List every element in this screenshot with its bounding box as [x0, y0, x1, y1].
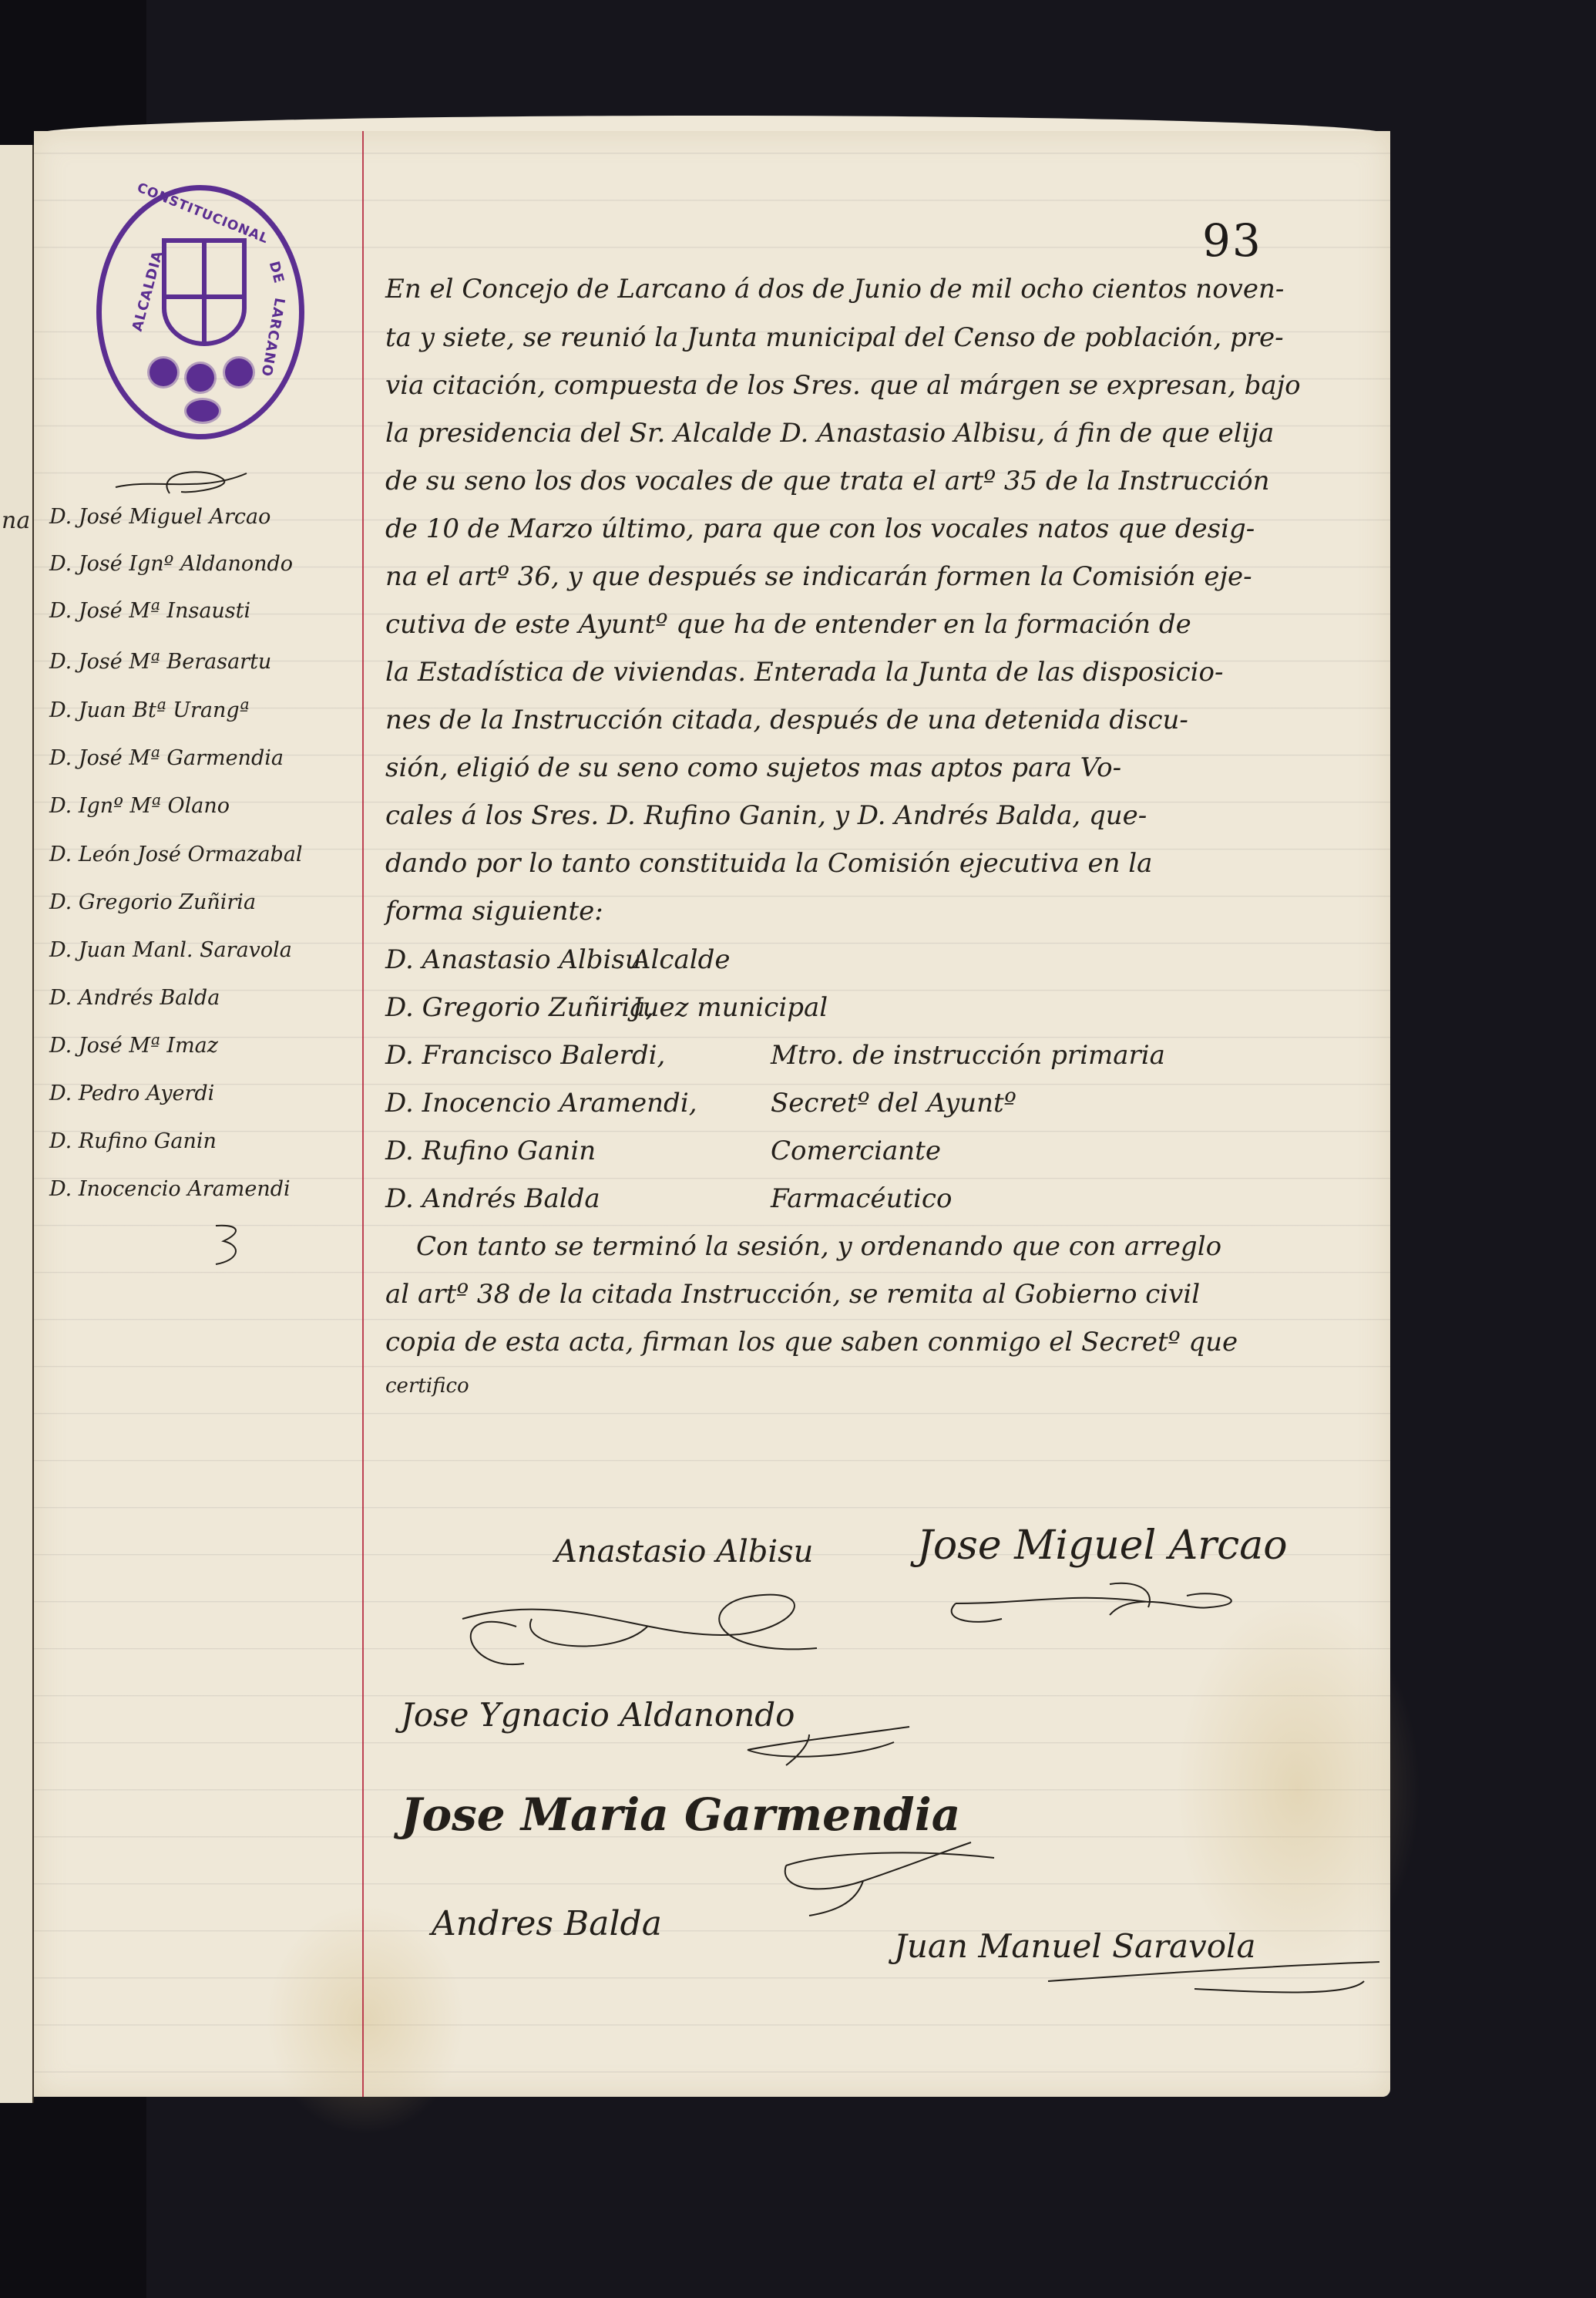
signature: Andres Balda: [432, 1904, 662, 1943]
prev-page-fragment: na: [2, 507, 30, 534]
margin-name: D. Ignº Mª Olano: [49, 794, 230, 818]
star-icon: [186, 364, 214, 392]
body-line: via citación, compuesta de los Sres. que…: [385, 370, 1301, 401]
stamp-text-right: DE: [266, 260, 287, 286]
signature-flourish-icon: [1040, 1958, 1410, 2020]
margin-flourish-icon: [108, 463, 293, 501]
commission-member-role: Juez municipal: [632, 992, 828, 1023]
margin-end-flourish-icon: [208, 1218, 254, 1272]
commission-member-role: Comerciante: [771, 1136, 941, 1166]
signature-flourish-icon: [740, 1719, 925, 1773]
previous-page-edge: na: [0, 145, 34, 2103]
body-line: dando por lo tanto constituida la Comisi…: [385, 848, 1152, 879]
margin-name: D. Pedro Ayerdi: [49, 1082, 214, 1105]
coat-of-arms-icon: [162, 238, 247, 346]
signature: Jose Miguel Arcao: [917, 1522, 1288, 1569]
margin-name: D. Juan Btª Urangª: [49, 698, 250, 722]
commission-member-name: D. Andrés Balda: [385, 1183, 600, 1214]
body-line: cutiva de este Ayuntº que ha de entender…: [385, 609, 1191, 640]
body-line: la Estadística de viviendas. Enterada la…: [385, 657, 1223, 688]
star-icon: [186, 400, 219, 422]
commission-member-role: Mtro. de instrucción primaria: [771, 1040, 1165, 1071]
municipal-stamp: ALCALDIA CONSTITUCIONAL DE LARCANO: [96, 185, 304, 439]
commission-member-name: D. Gregorio Zuñiria,: [385, 992, 654, 1023]
body-line: sión, eligió de su seno como sujetos mas…: [385, 752, 1121, 783]
margin-name: D. León José Ormazabal: [49, 843, 303, 866]
commission-member-role: Secretº del Ayuntº: [771, 1088, 1016, 1119]
commission-member-role: Alcalde: [632, 944, 731, 975]
signature-flourish-icon: [771, 1835, 1017, 1919]
commission-member-name: D. Inocencio Aramendi,: [385, 1088, 697, 1119]
commission-member-name: D. Anastasio Albisu: [385, 944, 642, 975]
margin-name: D. Gregorio Zuñiria: [49, 890, 256, 914]
signature: Jose Maria Garmendia: [401, 1788, 960, 1841]
red-margin-rule: [362, 131, 364, 2097]
body-line: cales á los Sres. D. Rufino Ganin, y D. …: [385, 800, 1147, 831]
stamp-text-bottom-right: LARCANO: [258, 297, 288, 379]
body-line: de 10 de Marzo último, para que con los …: [385, 513, 1255, 544]
commission-member-role: Farmacéutico: [771, 1183, 952, 1214]
margin-name: D. Inocencio Aramendi: [49, 1177, 291, 1201]
margin-name: D. José Mª Berasartu: [49, 650, 271, 674]
signature: Anastasio Albisu: [555, 1534, 813, 1570]
body-line: la presidencia del Sr. Alcalde D. Anasta…: [385, 418, 1274, 449]
margin-name: D. José Mª Imaz: [49, 1034, 218, 1058]
star-icon: [225, 358, 253, 386]
signature-flourish-icon: [416, 1573, 1410, 1673]
stamp-text-left: ALCALDIA: [129, 249, 166, 333]
closing-line: copia de esta acta, firman los que saben…: [385, 1327, 1238, 1358]
margin-name: D. José Ignº Aldanondo: [49, 552, 293, 576]
body-line: ta y siete, se reunió la Junta municipal…: [385, 322, 1284, 353]
signature: Jose Ygnacio Aldanondo: [401, 1696, 795, 1734]
body-line: forma siguiente:: [385, 896, 603, 927]
margin-name: D. José Miguel Arcao: [49, 505, 270, 529]
body-line: de su seno los dos vocales de que trata …: [385, 466, 1270, 496]
margin-name: D. Rufino Ganin: [49, 1129, 217, 1153]
margin-name: D. Juan Manl. Saravola: [49, 938, 292, 962]
margin-name: D. José Mª Insausti: [49, 599, 250, 623]
closing-line: certifico: [385, 1374, 469, 1398]
body-line: na el artº 36, y que después se indicará…: [385, 561, 1252, 592]
body-line: nes de la Instrucción citada, después de…: [385, 705, 1188, 735]
commission-member-name: D. Rufino Ganin: [385, 1136, 596, 1166]
margin-name: D. Andrés Balda: [49, 986, 220, 1010]
body-line: En el Concejo de Larcano á dos de Junio …: [385, 274, 1284, 304]
star-icon: [150, 358, 177, 386]
closing-line: Con tanto se terminó la sesión, y ordena…: [416, 1231, 1221, 1262]
margin-name: D. José Mª Garmendia: [49, 746, 284, 770]
closing-line: al artº 38 de la citada Instrucción, se …: [385, 1279, 1200, 1310]
commission-member-name: D. Francisco Balerdi,: [385, 1040, 665, 1071]
page-number: 93: [1202, 214, 1262, 267]
